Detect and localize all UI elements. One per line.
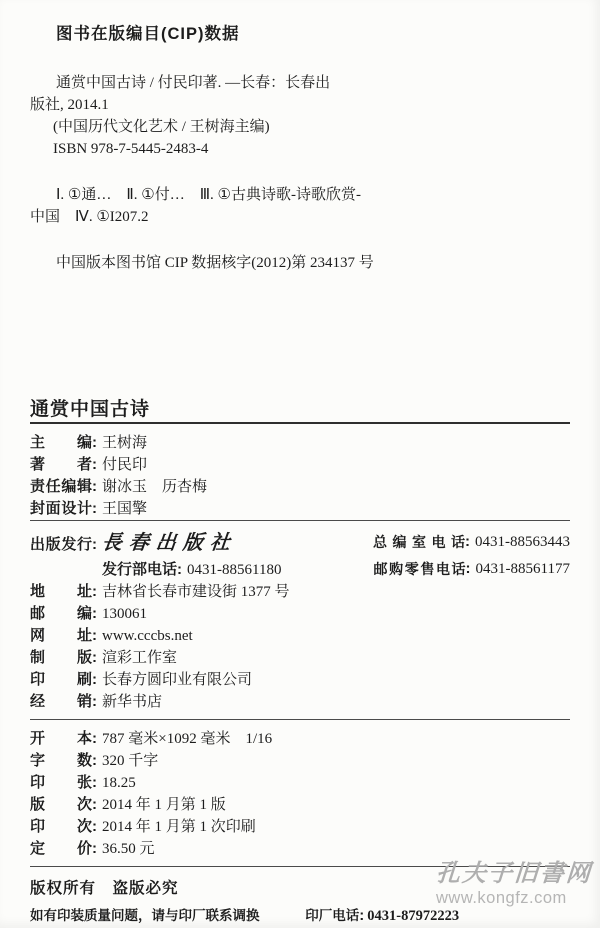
- colon: :: [92, 432, 102, 454]
- colon: :: [92, 476, 102, 498]
- colon: :: [92, 498, 102, 520]
- format-row: 印次:2014 年 1 月第 1 次印刷: [30, 816, 570, 838]
- publisher-value: 吉林省长春市建设街 1377 号: [102, 584, 290, 600]
- printer-phone-label: 印厂电话: [305, 908, 359, 923]
- publisher-value: 长春方圆印业有限公司: [102, 672, 252, 688]
- format-row: 开本:787 毫米×1092 毫米 1/16: [30, 728, 570, 750]
- colon: :: [92, 603, 102, 625]
- credit-row: 著者:付民印: [30, 454, 570, 476]
- publisher-row: 经销:新华书店: [30, 691, 570, 713]
- format-value: 787 毫米×1092 毫米 1/16: [102, 731, 272, 747]
- publisher-label: 出版发行: [30, 531, 92, 559]
- contact-phone: 邮购零售电话:0431-88561177: [374, 559, 570, 579]
- colon: :: [92, 647, 102, 669]
- book-title: 通赏中国古诗: [30, 398, 570, 422]
- cip-description: 通赏中国古诗 / 付民印著. —长春：长春出 版社, 2014.1 (中国历代文…: [30, 72, 570, 160]
- publisher-row: 制版:渲彩工作室: [30, 647, 570, 669]
- format-label: 字数: [30, 750, 92, 772]
- publisher-value: www.cccbs.net: [102, 628, 193, 644]
- format-row: 版次:2014 年 1 月第 1 版: [30, 794, 570, 816]
- classification-line: 中国 Ⅳ. ①I207.2: [30, 206, 570, 228]
- cip-line: 版社, 2014.1: [30, 94, 570, 116]
- format-label: 开本: [30, 728, 92, 750]
- format-row: 印张:18.25: [30, 772, 570, 794]
- publisher-label: 地址: [30, 581, 92, 603]
- format-section: 开本:787 毫米×1092 毫米 1/16 字数:320 千字 印张:18.2…: [30, 720, 570, 866]
- cip-line: 通赏中国古诗 / 付民印著. —长春：长春出: [30, 72, 570, 94]
- credits-section: 主编:王树海 著者:付民印 责任编辑:谢冰玉 历杏梅 封面设计:王国擎: [30, 424, 570, 520]
- format-value: 2014 年 1 月第 1 版: [102, 797, 226, 813]
- colon: :: [92, 838, 102, 860]
- printer-phone-value: 0431-87972223: [367, 908, 459, 924]
- cip-header: 图书在版编目(CIP)数据: [56, 20, 570, 44]
- colon: :: [92, 691, 102, 713]
- credit-label: 责任编辑: [30, 476, 92, 498]
- format-row: 字数:320 千字: [30, 750, 570, 772]
- colon: :: [92, 625, 102, 647]
- publisher-row: 邮编:130061: [30, 603, 570, 625]
- colon: :: [92, 772, 102, 794]
- colon: :: [465, 532, 475, 552]
- contact-value: 0431-88561177: [476, 561, 570, 577]
- publisher-row: 网址:www.cccbs.net: [30, 625, 570, 647]
- publisher-label: 制版: [30, 647, 92, 669]
- format-value: 2014 年 1 月第 1 次印刷: [102, 819, 256, 835]
- colon: :: [92, 454, 102, 476]
- format-label: 版次: [30, 794, 92, 816]
- publisher-logo-text: 長春出版社: [101, 529, 239, 555]
- credit-row: 责任编辑:谢冰玉 历杏梅: [30, 476, 570, 498]
- format-row: 定价:36.50 元: [30, 838, 570, 860]
- contact-label: 总编室电话: [373, 532, 465, 552]
- format-value: 320 千字: [102, 753, 158, 769]
- publisher-label: 经销: [30, 691, 92, 713]
- cip-classification: Ⅰ. ①通… Ⅱ. ①付… Ⅲ. ①古典诗歌-诗歌欣赏- 中国 Ⅳ. ①I207…: [30, 184, 570, 228]
- format-value: 36.50 元: [102, 841, 155, 857]
- publisher-row: 出版发行:長春出版社 总编室电话:0431-88563443: [30, 529, 570, 559]
- contact-phone: 总编室电话:0431-88563443: [373, 532, 570, 552]
- classification-line: Ⅰ. ①通… Ⅱ. ①付… Ⅲ. ①古典诗歌-诗歌欣赏-: [30, 184, 570, 206]
- publisher-label: 网址: [30, 625, 92, 647]
- publisher-row: 地址:吉林省长春市建设街 1377 号: [30, 581, 570, 603]
- quality-note-row: 如有印装质量问题，请与印厂联系调换 印厂电话:0431-87972223: [30, 907, 570, 925]
- series-line: (中国历代文化艺术 / 王树海主编): [30, 116, 570, 138]
- credit-value: 王树海: [102, 435, 147, 451]
- cip-record-number: 中国版本图书馆 CIP 数据核字(2012)第 234137 号: [30, 252, 570, 274]
- colon: :: [92, 728, 102, 750]
- colon: :: [92, 669, 102, 691]
- publisher-value: 新华书店: [102, 694, 162, 710]
- colon: :: [92, 581, 102, 603]
- credit-value: 王国擎: [102, 501, 147, 517]
- colon: :: [92, 816, 102, 838]
- format-label: 定价: [30, 838, 92, 860]
- quality-note: 如有印装质量问题，请与印厂联系调换: [30, 908, 260, 923]
- format-value: 18.25: [102, 775, 136, 791]
- book-copyright-page: 图书在版编目(CIP)数据 通赏中国古诗 / 付民印著. —长春：长春出 版社,…: [0, 0, 600, 928]
- credit-row: 封面设计:王国擎: [30, 498, 570, 520]
- contact-label: 邮购零售电话: [374, 559, 466, 579]
- credit-value: 付民印: [102, 457, 147, 473]
- publisher-value: 130061: [102, 606, 147, 622]
- publisher-section: 出版发行:長春出版社 总编室电话:0431-88563443 发行部电话:043…: [30, 521, 570, 719]
- isbn-line: ISBN 978-7-5445-2483-4: [30, 138, 570, 160]
- colon: :: [92, 750, 102, 772]
- colon: :: [92, 794, 102, 816]
- publisher-value: 0431-88561180: [187, 562, 281, 578]
- publisher-label: 邮编: [30, 603, 92, 625]
- credit-label: 封面设计: [30, 498, 92, 520]
- publisher-label: 印刷: [30, 669, 92, 691]
- credit-label: 著者: [30, 454, 92, 476]
- publisher-value: 渲彩工作室: [102, 650, 177, 666]
- colon: :: [466, 559, 476, 579]
- credit-row: 主编:王树海: [30, 432, 570, 454]
- format-label: 印次: [30, 816, 92, 838]
- printer-phone: 印厂电话:0431-87972223: [305, 908, 459, 924]
- publisher-label: 发行部电话: [102, 561, 177, 578]
- contact-value: 0431-88563443: [475, 534, 570, 550]
- format-label: 印张: [30, 772, 92, 794]
- credit-label: 主编: [30, 432, 92, 454]
- publisher-row: 发行部电话:0431-88561180 邮购零售电话:0431-88561177: [30, 559, 570, 581]
- copyright-notice: 版权所有 盗版必究: [30, 879, 570, 899]
- footer-section: 版权所有 盗版必究 如有印装质量问题，请与印厂联系调换 印厂电话:0431-87…: [30, 867, 570, 925]
- publisher-row: 印刷:长春方圆印业有限公司: [30, 669, 570, 691]
- colon: :: [177, 559, 187, 581]
- credit-value: 谢冰玉 历杏梅: [102, 479, 207, 495]
- page-content: 图书在版编目(CIP)数据 通赏中国古诗 / 付民印著. —长春：长春出 版社,…: [0, 20, 600, 925]
